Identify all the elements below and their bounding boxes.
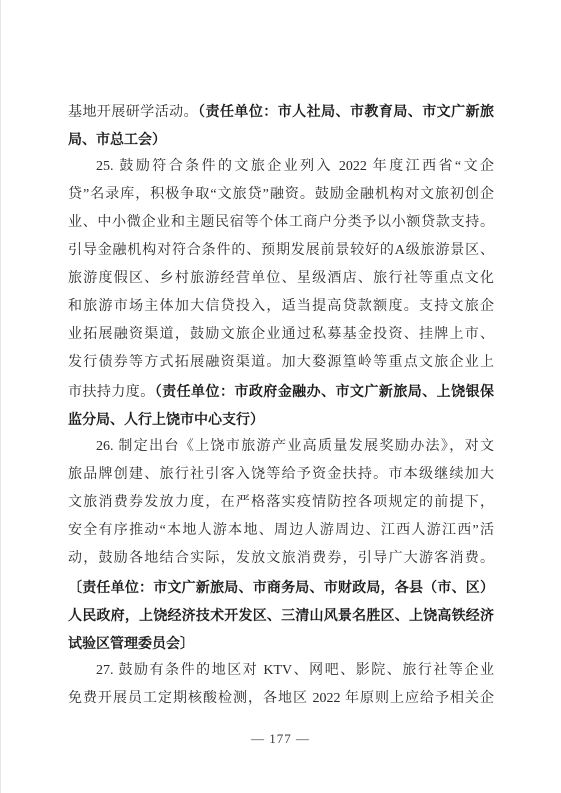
text-line: 监分局、人行上饶市中心支行） <box>68 405 494 433</box>
body-text: 业、中小微企业和主题民宿等个体工商户分类予以小额贷款支持。 <box>68 215 494 230</box>
text-line: 引导金融机构对符合条件的、预期发展前景较好的A级旅游景区、 <box>68 237 494 265</box>
page-number: — 177 — <box>0 731 561 747</box>
responsibility-unit-text: 监分局、人行上饶市中心支行） <box>68 411 264 427</box>
text-line: 〔责任单位：市文广新旅局、市商务局、市财政局，各县（市、区） <box>68 573 494 601</box>
body-text: 免费开展员工定期核酸检测，各地区 2022 年原则上应给予相关企 <box>68 691 494 706</box>
body-text: 旅品牌创建、旅行社引客入饶等给予资金扶持。市本级继续加大 <box>68 467 494 482</box>
body-text: 市扶持力度。 <box>68 385 155 400</box>
text-line: 旅游度假区、乡村旅游经营单位、星级酒店、旅行社等重点文化 <box>68 265 494 293</box>
body-text: 旅游度假区、乡村旅游经营单位、星级酒店、旅行社等重点文化 <box>68 271 494 286</box>
body-text: 文旅消费券发放力度，在严格落实疫情防控各项规定的前提下， <box>68 495 494 510</box>
text-line: 和旅游市场主体加大信贷投入，适当提高贷款额度。支持文旅企 <box>68 293 494 321</box>
text-line: 试验区管理委员会〕 <box>68 629 494 657</box>
responsibility-unit-text: （责任单位：市人社局、市教育局、市文广新旅 <box>198 103 494 119</box>
text-line: 贷”名录库，积极争取“文旅贷”融资。鼓励金融机构对文旅初创企 <box>68 181 494 209</box>
text-line: 25. 鼓励符合条件的文旅企业列入 2022 年度江西省“文企 <box>68 153 494 181</box>
body-text: 引导金融机构对符合条件的、预期发展前景较好的A级旅游景区、 <box>68 243 494 258</box>
document-page: 基地开展研学活动。（责任单位：市人社局、市教育局、市文广新旅局、市总工会）25.… <box>0 0 561 793</box>
scan-edge <box>0 0 1 793</box>
body-text: 发行债券等方式拓展融资渠道。加大婺源篁岭等重点文旅企业上 <box>68 355 494 370</box>
text-line: 安全有序推动“本地人游本地、周边人游周边、江西人游江西”活 <box>68 517 494 545</box>
body-text: 动，鼓励各地结合实际，发放文旅消费券，引导广大游客消费。 <box>68 551 494 566</box>
text-line: 免费开展员工定期核酸检测，各地区 2022 年原则上应给予相关企 <box>68 685 494 713</box>
body-text: 26. 制定出台《上饶市旅游产业高质量发展奖励办法》，对文 <box>96 439 494 454</box>
body-text: 25. 鼓励符合条件的文旅企业列入 2022 年度江西省“文企 <box>96 159 494 174</box>
text-line: 市扶持力度。（责任单位：市政府金融办、市文广新旅局、上饶银保 <box>68 377 494 405</box>
body-text: 基地开展研学活动。 <box>68 105 198 120</box>
responsibility-unit-text: 局、市总工会） <box>68 131 166 147</box>
text-line: 基地开展研学活动。（责任单位：市人社局、市教育局、市文广新旅 <box>68 97 494 125</box>
text-line: 27. 鼓励有条件的地区对 KTV、网吧、影院、旅行社等企业 <box>68 657 494 685</box>
body-text: 27. 鼓励有条件的地区对 KTV、网吧、影院、旅行社等企业 <box>96 663 494 678</box>
text-line: 文旅消费券发放力度，在严格落实疫情防控各项规定的前提下， <box>68 489 494 517</box>
body-text: 业拓展融资渠道，鼓励文旅企业通过私募基金投资、挂牌上市、 <box>68 327 494 342</box>
body-text: 和旅游市场主体加大信贷投入，适当提高贷款额度。支持文旅企 <box>68 299 494 314</box>
responsibility-unit-text: 人民政府，上饶经济技术开发区、三清山风景名胜区、上饶高铁经济 <box>68 607 494 623</box>
text-line: 业拓展融资渠道，鼓励文旅企业通过私募基金投资、挂牌上市、 <box>68 321 494 349</box>
text-line: 动，鼓励各地结合实际，发放文旅消费券，引导广大游客消费。 <box>68 545 494 573</box>
body-text: 贷”名录库，积极争取“文旅贷”融资。鼓励金融机构对文旅初创企 <box>68 187 494 202</box>
responsibility-unit-text: 〔责任单位：市文广新旅局、市商务局、市财政局，各县（市、区） <box>68 579 494 595</box>
text-line: 局、市总工会） <box>68 125 494 153</box>
text-line: 人民政府，上饶经济技术开发区、三清山风景名胜区、上饶高铁经济 <box>68 601 494 629</box>
text-line: 26. 制定出台《上饶市旅游产业高质量发展奖励办法》，对文 <box>68 433 494 461</box>
text-line: 发行债券等方式拓展融资渠道。加大婺源篁岭等重点文旅企业上 <box>68 349 494 377</box>
responsibility-unit-text: 试验区管理委员会〕 <box>68 635 194 651</box>
text-line: 业、中小微企业和主题民宿等个体工商户分类予以小额贷款支持。 <box>68 209 494 237</box>
document-body: 基地开展研学活动。（责任单位：市人社局、市教育局、市文广新旅局、市总工会）25.… <box>68 97 494 713</box>
body-text: 安全有序推动“本地人游本地、周边人游周边、江西人游江西”活 <box>68 523 494 538</box>
responsibility-unit-text: （责任单位：市政府金融办、市文广新旅局、上饶银保 <box>155 383 494 399</box>
text-line: 旅品牌创建、旅行社引客入饶等给予资金扶持。市本级继续加大 <box>68 461 494 489</box>
